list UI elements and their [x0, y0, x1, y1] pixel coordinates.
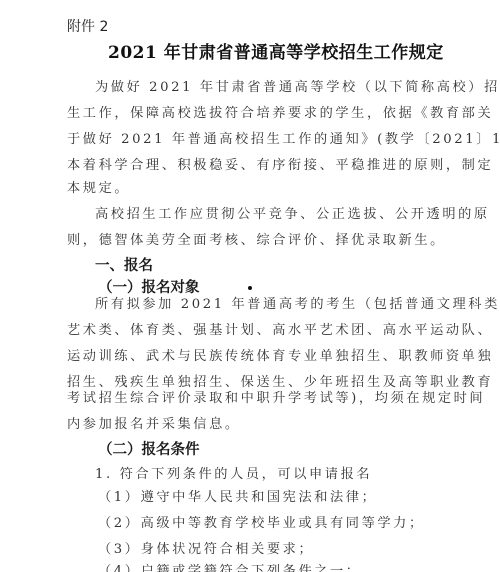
intro-line-4: 本着科学合理、积极稳妥、有序衔接、平稳推进的原则，制定 — [67, 157, 429, 175]
condition-item-1: （1）遵守中华人民共和国宪法和法律； — [98, 486, 377, 505]
eligible-line-5: 考试招生综合评价录取和中职升学考试等)，均须在规定时间 — [67, 390, 429, 408]
clause-1: 1. 符合下列条件的人员，可以申请报名 — [95, 463, 372, 482]
document-title: 2021 年甘肃省普通高等学校招生工作规定 — [108, 38, 444, 63]
document-page: 附件 2 2021 年甘肃省普通高等学校招生工作规定 为做好 2021 年甘肃省… — [0, 0, 500, 572]
intro-line-3: 于做好 2021 年普通高校招生工作的通知》(教学〔2021〕1 号)， — [67, 131, 429, 149]
intro-line-2: 生工作，保障高校选拔符合培养要求的学生，依据《教育部关 — [67, 105, 429, 123]
eligible-line-1: 所有拟参加 2021 年普通高考的考生（包括普通文理科类、 — [95, 296, 457, 314]
condition-item-3: （3）身体状况符合相关要求； — [98, 538, 314, 557]
attachment-label: 附件 2 — [67, 16, 108, 36]
principle-line-1: 高校招生工作应贯彻公平竞争、公正选拔、公开透明的原 — [95, 206, 457, 224]
condition-item-4: （4）户籍或学籍符合下列条件之一： — [98, 560, 362, 572]
intro-line-5: 本规定。 — [67, 180, 429, 198]
subsection-heading-conditions: （二）报名条件 — [98, 438, 200, 459]
eligible-line-6: 内参加报名并采集信息。 — [67, 416, 429, 434]
subsection-heading-eligible: （一）报名对象 — [98, 276, 200, 297]
bullet-dot — [248, 286, 252, 290]
condition-item-2: （2）高级中等教育学校毕业或具有同等学力； — [98, 512, 425, 531]
eligible-line-2: 艺术类、体育类、强基计划、高水平艺术团、高水平运动队、 — [67, 322, 429, 340]
principle-line-2: 则，德智体美劳全面考核、综合评价、择优录取新生。 — [67, 232, 429, 250]
intro-line-1: 为做好 2021 年甘肃省普通高等学校（以下简称高校）招 — [95, 79, 457, 97]
eligible-line-3: 运动训练、武术与民族传统体育专业单独招生、职教师资单独 — [67, 348, 429, 366]
section-heading-registration: 一、报名 — [95, 254, 153, 275]
